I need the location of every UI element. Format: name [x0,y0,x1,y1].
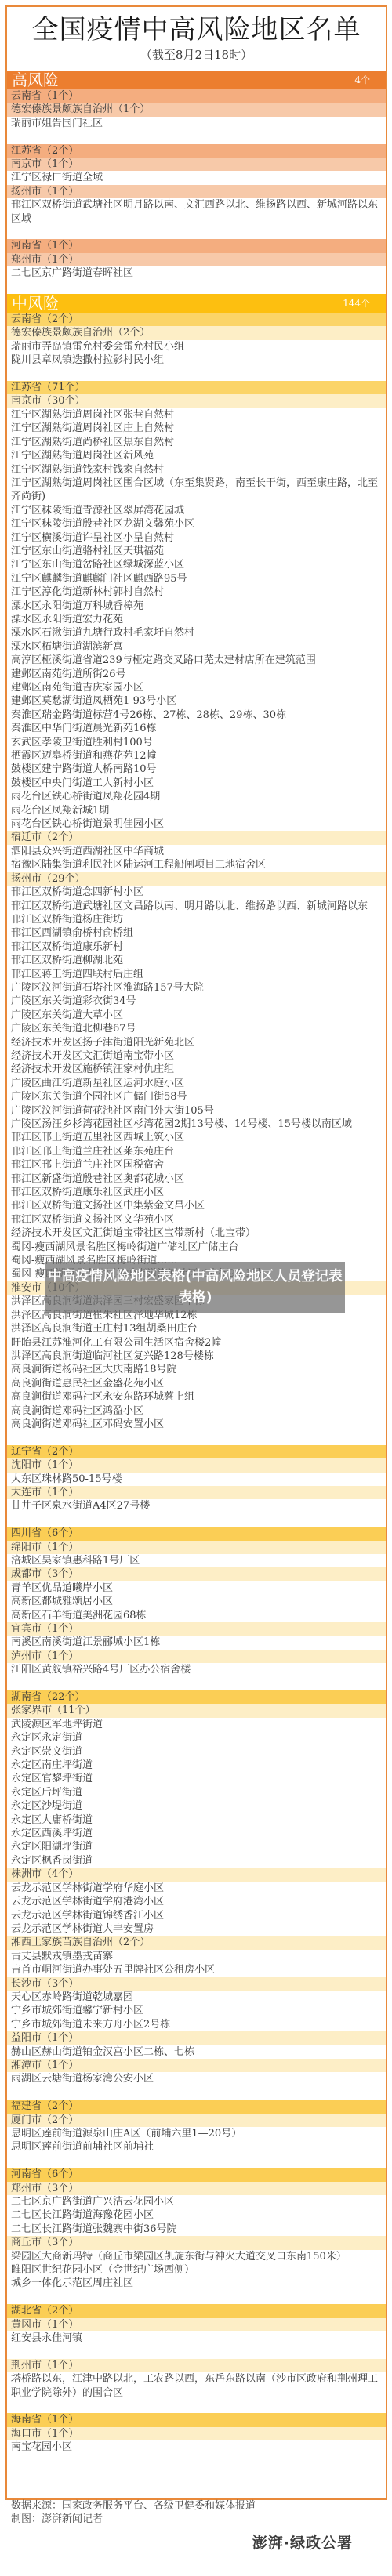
area-row: 广陵区东关街道个园社区广储门街58号 [7,1090,386,1103]
area-row: 大东区珠林路50-15号楼 [7,1473,386,1486]
area-row: 经济技术开发区文汇街道南宝带小区 [7,1049,386,1063]
area-row: 溧水区石湫街道九塘行政村毛家圩自然村 [7,626,386,639]
city-row: 长沙市（3个） [7,1977,386,1991]
area-row: 赫山区赫山街道铂金汉宫小区二栋、七栋 [7,2045,386,2059]
area-row: 邗江区西湖镇俞桥村俞桥组 [7,926,386,940]
area-row: 江阳区黄舣镇裕兴路4号厂区办公宿舍楼 [7,1663,386,1676]
province-row: 河南省（6个） [7,2168,386,2181]
area-row: 梁园区大商新玛特（商丘市梁园区凯旋东街与神火大道交叉口东南150米） [7,2250,386,2263]
high-risk-list: 云南省（1个）德宏傣族景颇族自治州（1个）瑞丽市姐告国门社区江苏省（2个）南京市… [7,89,386,294]
area-row: 邗江区双桥街道文扬社区文华苑小区 [7,1213,386,1226]
province-row: 福建省（2个） [7,2100,386,2113]
area-row: 睢阳区世纪花园小区（金世纪广场西侧） [7,2263,386,2277]
city-row: 益阳市（1个） [7,2031,386,2045]
high-risk-section: 高风险 4个 云南省（1个）德宏傣族景颇族自治州（1个）瑞丽市姐告国门社区江苏省… [7,71,386,294]
city-row: 扬州市（29个） [7,872,386,886]
area-row: 红安县永佳河镇 [7,2331,386,2345]
spacer [7,130,386,143]
area-row: 邗江区邗上街道兰庄社区国税宿舍 [7,1158,386,1172]
area-row: 广陵区汶河街道石塔社区淮海路157号大院 [7,981,386,995]
province-row: 辽宁省（2个） [7,1445,386,1458]
city-row: 厦门市（2个） [7,2114,386,2127]
province-row: 河南省（1个） [7,239,386,252]
area-row: 邗江区双桥街道康乐社区武庄小区 [7,1186,386,1199]
area-row: 江宁区淳化街道新林村郭村自然村 [7,585,386,599]
province-row: 湖北省（2个） [7,2304,386,2317]
page-title: 全国疫情中高风险地区名单 [7,7,386,46]
area-row: 云龙示范区学林街道学府港湾小区 [7,1895,386,1908]
area-row: 邗江区双桥街道杨庄街坊 [7,913,386,926]
area-row: 邗江区双桥街道文扬社区中集紫金文昌小区 [7,1199,386,1212]
area-row: 江宁区秣陵街道青源社区翠屏湾花园城 [7,504,386,517]
area-row: 高良涧街道杨码社区大庆南路18号院 [7,1363,386,1376]
high-risk-count: 4个 [354,71,370,89]
area-row: 江宁区禄口街道全域 [7,171,386,184]
area-row: 秦淮区中华门街道晨光新苑16栋 [7,722,386,735]
mid-risk-section: 中风险 144个 云南省（2个）德宏傣族景颇族自治州（2个）瑞丽市弄岛镇雷允村委… [7,294,386,2468]
city-row: 南京市（1个） [7,158,386,171]
area-row: 吉首市峒河街道办事处五里牌社区公租房小区 [7,1963,386,1976]
area-row: 蜀冈-瘦西湖风景名胜区梅岭街道广储社区广储庄台 [7,1241,386,1254]
area-row: 高良涧街道邓码社区邓码安置小区 [7,1418,386,1431]
area-row: 武陵源区军地坪街道 [7,1718,386,1731]
area-row: 江宁区麒麟街道麒麟门社区麒西路95号 [7,572,386,585]
area-row: 云龙示范区学林街道大丰安置房 [7,1922,386,1936]
area-row: 雨花台区凤翔新城1期 [7,804,386,817]
area-row: 鼓楼区中央门街道工人新村小区 [7,777,386,790]
area-row: 思明区莲前街道前埔社区前埔社 [7,2140,386,2154]
area-row: 广陵区东关街道大草小区 [7,1009,386,1022]
area-row: 永定区后坪街道 [7,1786,386,1799]
area-row: 永定区沙堤街道 [7,1799,386,1813]
area-row: 二七区长江路街道张魏寨中街36号院 [7,2223,386,2236]
area-row: 洪泽区高良涧街道临河社区复兴路128号楼栋 [7,1350,386,1363]
city-row: 沈阳市（1个） [7,1458,386,1472]
city-row: 湘潭市（1个） [7,2059,386,2072]
area-row: 天心区赤岭路街道乾城嘉园 [7,1991,386,2004]
area-row: 玄武区孝陵卫街道胜利村100号 [7,736,386,749]
area-row: 邗江区邗上街道五里社区西城上筑小区 [7,1131,386,1144]
area-row: 雨湖区云塘街道杨家湾公安小区 [7,2072,386,2085]
area-row: 江宁区湖熟街道周岗社区围合区域（东至集贤路，南至长干街，西至康庄路，北至齐尚街) [7,476,386,504]
credit: 制图：澎湃新闻记者 [7,2513,386,2526]
city-row: 黄冈市（1个） [7,2318,386,2331]
area-row: 雨花台区铁心桥街道景明佳园小区 [7,817,386,831]
province-row: 江苏省（2个） [7,144,386,158]
area-row: 永定区枫香岗街道 [7,1854,386,1868]
city-row: 海口市（1个） [7,2427,386,2440]
high-risk-label: 高风险 [12,71,59,89]
area-row: 宿豫区陆集街道利民社区陆运河工程船闸项目工地宿舍区 [7,858,386,871]
area-row: 高良涧街道惠民社区金盛花苑小区 [7,1377,386,1390]
spacer [7,1431,386,1444]
province-row: 四川省（6个） [7,1527,386,1540]
city-row: 大连市（1个） [7,1486,386,1499]
area-row: 古丈县默戎镇墨戎苗寨 [7,1950,386,1963]
risk-list-card: 全国疫情中高风险地区名单 （截至8月2日18时） 高风险 4个 云南省（1个）德… [5,5,387,2500]
area-row: 广陵区曲江街道新星社区运河水庭小区 [7,1077,386,1090]
page-subtitle: （截至8月2日18时） [7,46,386,63]
area-row: 江宁区东山街道岔路社区绿城深蓝小区 [7,558,386,571]
area-row: 邗江区双桥街道武塘社区文昌路以南、明月路以北、维扬路以西、新城河路以东 [7,900,386,913]
area-row: 青羊区优品道曦岸小区 [7,1581,386,1595]
province-row: 海南省（1个） [7,2413,386,2426]
city-row: 扬州市（1个） [7,185,386,198]
spacer [7,2400,386,2413]
area-row: 邗江区双桥街道康乐新村 [7,940,386,954]
spacer [7,2154,386,2168]
city-row: 湘西土家族苗族自治州（2个） [7,1936,386,1949]
spacer [7,2345,386,2358]
area-row: 陇川县章凤镇迭撒村拉影村民小组 [7,353,386,367]
spacer [7,1677,386,1690]
spacer [7,2291,386,2304]
area-row: 鼓楼区建宁路街道大桥南路10号 [7,763,386,776]
area-row: 南宝花园小区 [7,2440,386,2454]
spacer [7,281,386,294]
area-row: 永定区官黎坪街道 [7,1772,386,1785]
area-row: 城乡一体化示范区周庄社区 [7,2277,386,2290]
city-row: 泸州市（1个） [7,1650,386,1663]
area-row: 盱眙县江苏淮河化工有限公司生活区宿舍楼2幢 [7,1336,386,1350]
area-row: 溧水区永阳街道万科城香樟苑 [7,600,386,613]
city-row: 绵阳市（1个） [7,1541,386,1554]
area-row: 江宁区秣陵街道殷巷社区龙湖文馨苑小区 [7,517,386,531]
area-row: 江宁区东山街道骆村社区天琪福苑 [7,545,386,558]
area-row: 塔桥路以东，江津中路以北，工农路以西，东岳东路以南（沙市区政府和荆州理工职业学院… [7,2372,386,2400]
area-row: 云龙示范区学林街道学府华庭小区 [7,1882,386,1895]
area-row: 永定区永定街道 [7,1731,386,1745]
area-row: 高新区都城雅颂居小区 [7,1595,386,1608]
area-row: 江宁区湖熟街道周岗社区张巷自然村 [7,408,386,422]
area-row: 雨花台区铁心桥街道凤翔花园4期 [7,790,386,803]
province-row: 云南省（1个） [7,89,386,103]
province-row: 湖南省（22个） [7,1690,386,1704]
area-row: 高新区石羊街道美洲花园68栋 [7,1609,386,1622]
area-row: 栖霞区迈皋桥街道和燕花苑12幢 [7,749,386,763]
area-row: 甘井子区泉水街道A4区27号楼 [7,1499,386,1513]
area-row: 江宁区湖熟街道尚桥社区焦东自然村 [7,436,386,449]
spacer [7,1513,386,1527]
area-row: 永定区西溪坪街道 [7,1827,386,1840]
area-row: 瑞丽市姐告国门社区 [7,117,386,130]
area-row: 建邺区莫愁湖街道凤栖苑1-93号小区 [7,694,386,708]
mid-risk-label: 中风险 [12,294,59,313]
area-row: 涪城区吴家镇惠科路1号厂区 [7,1554,386,1567]
area-row: 瑞丽市弄岛镇雷允村委会雷允村民小组 [7,340,386,353]
area-row: 高良涧街道邓码社区永安东路环城蔡上组 [7,1390,386,1404]
title-block: 全国疫情中高风险地区名单 （截至8月2日18时） [7,7,386,71]
city-row: 南京市（30个） [7,394,386,408]
city-row: 德宏傣族景颇族自治州（1个） [7,103,386,116]
city-row: 郑州市（3个） [7,2182,386,2195]
area-row: 溧水区柘塘街道湖滨新寓 [7,640,386,654]
area-row: 江宁区湖熟街道钱家村钱家自然村 [7,463,386,476]
city-row: 张家界市（11个） [7,1704,386,1717]
area-row: 二七区京广路街道春晖社区 [7,266,386,280]
mid-risk-count: 144个 [343,294,370,313]
province-row: 江苏省（71个） [7,381,386,394]
city-row: 宜宾市（1个） [7,1622,386,1636]
area-row: 邗江区邗上街道兰庄社区莱东苑庄台 [7,1145,386,1158]
area-row: 邗江区双桥街道念四新村小区 [7,886,386,899]
city-row: 商丘市（3个） [7,2236,386,2249]
high-risk-header: 高风险 4个 [7,71,386,89]
caption-overlay: 中高疫情风险地区表格(中高风险地区人员登记表表格) [45,1262,345,1313]
area-row: 广陵区汤汪乡杉湾花园社区杉湾花园2期13号楼、14号楼、15号楼以南区域 [7,1118,386,1131]
area-row: 宁乡市城郊街道馨宁新村小区 [7,2004,386,2017]
area-row: 云龙示范区学林街道锦绣香江小区 [7,1909,386,1922]
area-row: 邗江区蒋王街道四联村后庄组 [7,968,386,981]
brand-logo: 澎湃·绿政公署 [7,2531,386,2552]
city-row: 株洲市（4个） [7,1868,386,1881]
spacer [7,368,386,381]
area-row: 泗阳县众兴街道西湖社区中华商城 [7,845,386,858]
spacer [7,2086,386,2100]
area-row: 宁乡市城郊街道未来方舟小区2号栋 [7,2018,386,2031]
data-source: 数据来源：国家政务服务平台、各级卫健委和媒体报道 [7,2499,386,2513]
area-row: 广陵区东关街道北柳巷67号 [7,1022,386,1035]
spacer [7,226,386,239]
footer: 数据来源：国家政务服务平台、各级卫健委和媒体报道 制图：澎湃新闻记者 澎湃·绿政… [7,2499,386,2552]
city-row: 荆州市（1个） [7,2359,386,2372]
spacer [7,2455,386,2468]
area-row: 建邺区南苑街道所街26号 [7,668,386,681]
area-row: 秦淮区瑞金路街道标营4号26栋、27栋、28栋、29栋、30栋 [7,708,386,722]
area-row: 邗江区双桥街道武塘社区明月路以南、文汇西路以北、维扬路以西、新城河路以东区域 [7,198,386,226]
area-row: 溧水区永阳街道宏力花苑 [7,613,386,626]
area-row: 二七区京广路街道广兴洁云花园小区 [7,2195,386,2208]
city-row: 宿迁市（2个） [7,831,386,844]
area-row: 永定区大庸桥街道 [7,1813,386,1827]
area-row: 永定区崇文街道 [7,1745,386,1759]
area-row: 经济技术开发区文汇街道宝带社区宝带新村（北宝带） [7,1226,386,1240]
mid-risk-list: 云南省（2个）德宏傣族景颇族自治州（2个）瑞丽市弄岛镇雷允村委会雷允村民小组陇川… [7,313,386,2468]
area-row: 广陵区汶河街道荷花池社区南门外大街105号 [7,1104,386,1118]
area-row: 邗江区双桥街道柳湖北苑 [7,954,386,967]
area-row: 广陵区东关街道彩衣街34号 [7,995,386,1008]
area-row: 洪泽区高良涧街道王庄村13组胡桑田庄台 [7,1322,386,1335]
area-row: 高淳区桠溪街道省道239与桠定路交叉路口芜太建材店所在建筑范围 [7,654,386,667]
mid-risk-header: 中风险 144个 [7,294,386,313]
area-row: 南溪区南溪街道江景郦城小区1栋 [7,1636,386,1649]
area-row: 思明区莲前街道源泉山庄A区（前埔六里1—20号） [7,2127,386,2140]
area-row: 江宁区横溪街道许呈社区小呈自然村 [7,531,386,545]
city-row: 郑州市（1个） [7,253,386,266]
area-row: 江宁区湖熟街道周岗社区庄上自然村 [7,422,386,435]
area-row: 邗江区新盛街道殷巷社区奥都花城小区 [7,1172,386,1186]
area-row: 永定区阳湖坪街道 [7,1840,386,1853]
area-row: 建邺区南苑街道吉庆家园小区 [7,681,386,694]
city-row: 成都市（3个） [7,1567,386,1581]
area-row: 二七区长江路街道海豫花园小区 [7,2208,386,2222]
area-row: 江宁区湖熟街道周岗社区新风苑 [7,449,386,462]
city-row: 德宏傣族景颇族自治州（2个） [7,326,386,339]
area-row: 高良涧街道邓码社区鸿盈小区 [7,1404,386,1418]
province-row: 云南省（2个） [7,313,386,326]
area-row: 经济技术开发区扬子津街道阳光新苑北区 [7,1036,386,1049]
area-row: 经济技术开发区施桥镇汪家村仇庄组 [7,1063,386,1076]
area-row: 永定区南庄坪街道 [7,1759,386,1772]
